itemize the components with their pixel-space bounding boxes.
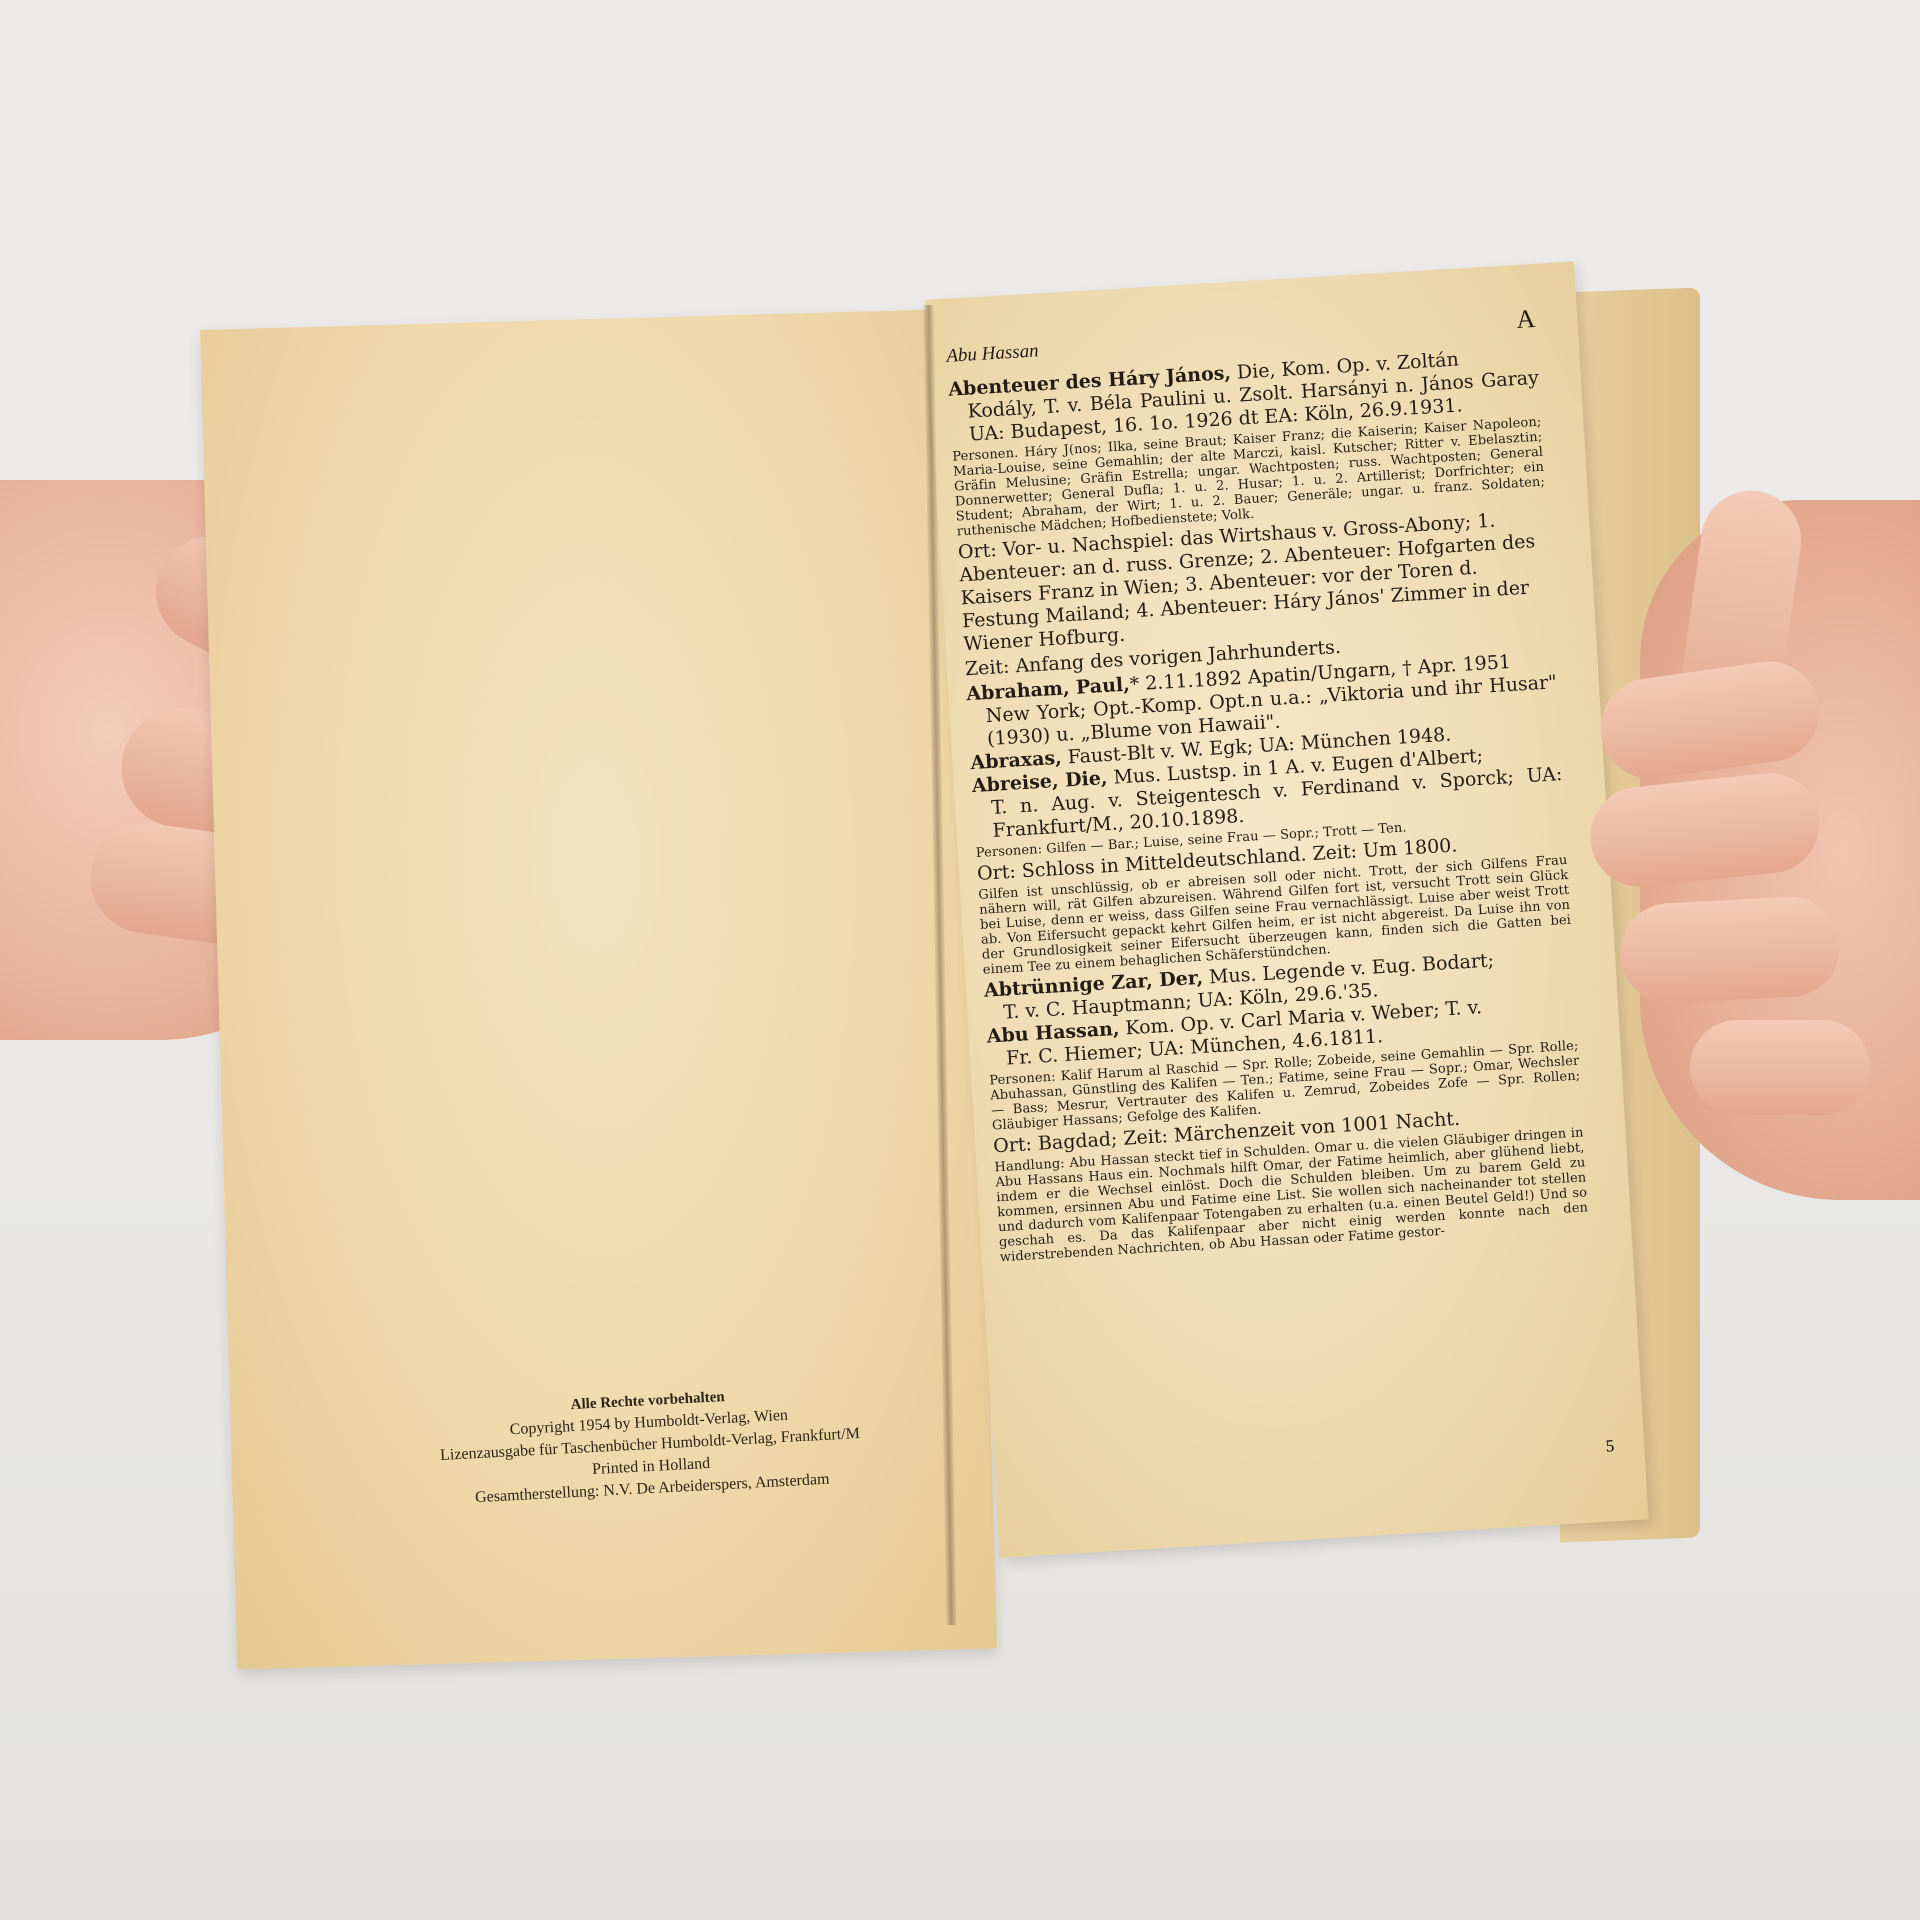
page-number: 5 [1605,1436,1615,1456]
section-letter: A [1516,304,1537,335]
right-finger [1618,894,1843,1005]
right-finger [1690,1020,1870,1115]
right-page: Abu Hassan A Abenteuer des Háry János, D… [925,261,1649,1557]
page-text: Abu Hassan A Abenteuer des Háry János, D… [945,304,1589,1267]
running-head: Abu Hassan [946,340,1040,367]
